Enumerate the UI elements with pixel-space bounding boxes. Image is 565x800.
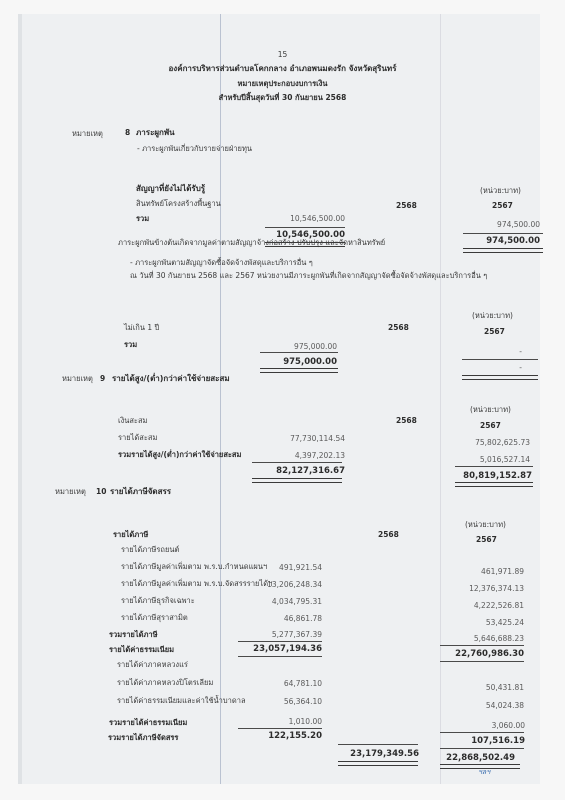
row-prior: 53,425.24 [486, 618, 524, 627]
note8-title: ภาระผูกพัน [136, 128, 175, 137]
tax-total-prior-a: 5,646,688.23 [474, 634, 524, 643]
total-label: รวม [136, 214, 149, 223]
tax-total-current-a: 5,277,367.39 [272, 630, 322, 639]
fee-total-label: รวมรายได้ค่าธรรมเนียม [109, 718, 187, 727]
year-current: 2568 [396, 201, 417, 210]
tax-total-label: รวมรายได้ภาษี [109, 630, 158, 639]
fold-line [440, 14, 441, 784]
note-label: หมายเหตุ [72, 129, 103, 138]
row-current: 77,730,114.54 [290, 434, 345, 443]
row-current: 491,921.54 [279, 563, 322, 572]
row-label: รวมรายได้สูง/(ต่ำ)กว่าค่าใช้จ่ายสะสม [118, 450, 241, 459]
row-label: รายได้ภาษีรถยนต์ [121, 545, 179, 554]
row-prior: 4,222,526.81 [474, 601, 524, 610]
tax-heading: รายได้ภาษี [113, 530, 148, 539]
row-prior: 974,500.00 [497, 220, 540, 229]
document-title: หมายเหตุประกอบงบการเงิน [0, 79, 565, 88]
row-label: รายได้ภาษีมูลค่าเพิ่มตาม พ.ร.บ.กำหนดแผนฯ [121, 562, 267, 571]
tax-total-prior: 22,760,986.30 [455, 649, 524, 659]
row-prior: - [519, 347, 522, 356]
row-current: 10,546,500.00 [290, 214, 345, 223]
grand-current: 23,179,349.56 [350, 749, 419, 759]
fee-last-prior: 3,060.00 [492, 721, 525, 730]
note-label: หมายเหตุ [62, 374, 93, 383]
note8-sub1: - ภาระผูกพันเกี่ยวกับรายจ่ายฝ่ายทุน [137, 144, 252, 153]
row-current: 56,364.10 [284, 697, 322, 706]
year-current: 2568 [396, 416, 417, 425]
unit-label: (หน่วย:บาท) [480, 186, 521, 195]
fee-total-current: 122,155.20 [268, 731, 322, 741]
fold-line [220, 14, 221, 784]
year-current: 2568 [378, 530, 399, 539]
year-prior: 2567 [484, 327, 505, 336]
note8-sub2: - ภาระผูกพันตามสัญญาจัดซื้อจัดจ้างพัสดุแ… [130, 258, 313, 267]
unit-label: (หน่วย:บาท) [470, 405, 511, 414]
row-prior: 5,016,527.14 [480, 455, 530, 464]
year-current: 2568 [388, 323, 409, 332]
row-current: 4,397,202.13 [295, 451, 345, 460]
row-label: รายได้สะสม [118, 433, 157, 442]
row-prior: 75,802,625.73 [475, 438, 530, 447]
row-label: เงินสะสม [118, 416, 147, 425]
note9-title: รายได้สูง/(ต่ำ)กว่าค่าใช้จ่ายสะสม [112, 374, 230, 383]
year-prior: 2567 [480, 421, 501, 430]
row-current: 13,206,248.34 [267, 580, 322, 589]
fee-last-current: 1,010.00 [289, 717, 322, 726]
total-current: 82,127,316.67 [276, 466, 345, 476]
note8-sub2-text: ณ วันที่ 30 กันยายน 2568 และ 2567 หน่วยง… [130, 271, 487, 280]
row-current: 4,034,795.31 [272, 597, 322, 606]
row-label: สินทรัพย์โครงสร้างพื้นฐาน [136, 199, 221, 208]
signature-mark: ฯลฯ [478, 767, 490, 778]
fee-heading: รายได้ค่าธรรมเนียม [109, 645, 174, 654]
total-prior: - [519, 363, 522, 372]
note10-title: รายได้ภาษีจัดสรร [110, 487, 171, 496]
period-label: สำหรับปีสิ้นสุดวันที่ 30 กันยายน 2568 [0, 93, 565, 102]
row-label: รายได้ภาษีสุราสามิต [121, 613, 188, 622]
row-current: 64,781.10 [284, 679, 322, 688]
row-prior: 12,376,374.13 [469, 584, 524, 593]
commitment-text: ภาระผูกพันข้างต้นเกิดจากมูลค่าตามสัญญาจ้… [118, 238, 385, 247]
row-label: รายได้ค่าภาคหลวงแร่ [117, 660, 188, 669]
row-prior: 50,431.81 [486, 683, 524, 692]
contracts-heading: สัญญาที่ยังไม่ได้รับรู้ [136, 184, 205, 193]
grand-prior: 22,868,502.49 [446, 753, 515, 763]
grand-label: รวมรายได้ภาษีจัดสรร [108, 733, 178, 742]
row-label: รายได้ค่าธรรมเนียมและค่าใช้น้ำบาดาล [117, 696, 246, 705]
row-prior: 54,024.38 [486, 701, 524, 710]
row-prior: 461,971.89 [481, 567, 524, 576]
total-current: 975,000.00 [283, 357, 337, 367]
note10-number: 10 [96, 487, 106, 496]
year-prior: 2567 [476, 535, 497, 544]
row-current: 46,861.78 [284, 614, 322, 623]
tax-total-current: 23,057,194.36 [253, 644, 322, 654]
row-label: รายได้ค่าภาคหลวงปิโตรเลียม [117, 678, 213, 687]
total-prior: 80,819,152.87 [463, 471, 532, 481]
year-prior: 2567 [492, 201, 513, 210]
row-label: ไม่เกิน 1 ปี [124, 323, 159, 332]
note-label: หมายเหตุ [55, 487, 86, 496]
row-current: 975,000.00 [294, 342, 337, 351]
total-prior: 974,500.00 [486, 236, 540, 246]
unit-label: (หน่วย:บาท) [472, 311, 513, 320]
unit-label: (หน่วย:บาท) [465, 520, 506, 529]
note8-number: 8 [125, 128, 130, 137]
total-label: รวม [124, 340, 137, 349]
row-label: รายได้ภาษีมูลค่าเพิ่มตาม พ.ร.บ.จัดสรรราย… [121, 579, 272, 588]
note9-number: 9 [100, 374, 105, 383]
row-label: รายได้ภาษีธุรกิจเฉพาะ [121, 596, 195, 605]
organization-name: องค์การบริหารส่วนตำบลโคกกลาง อำเภอพนมดงร… [0, 64, 565, 73]
fee-total-prior: 107,516.19 [471, 736, 525, 746]
page-number: 15 [0, 50, 565, 59]
